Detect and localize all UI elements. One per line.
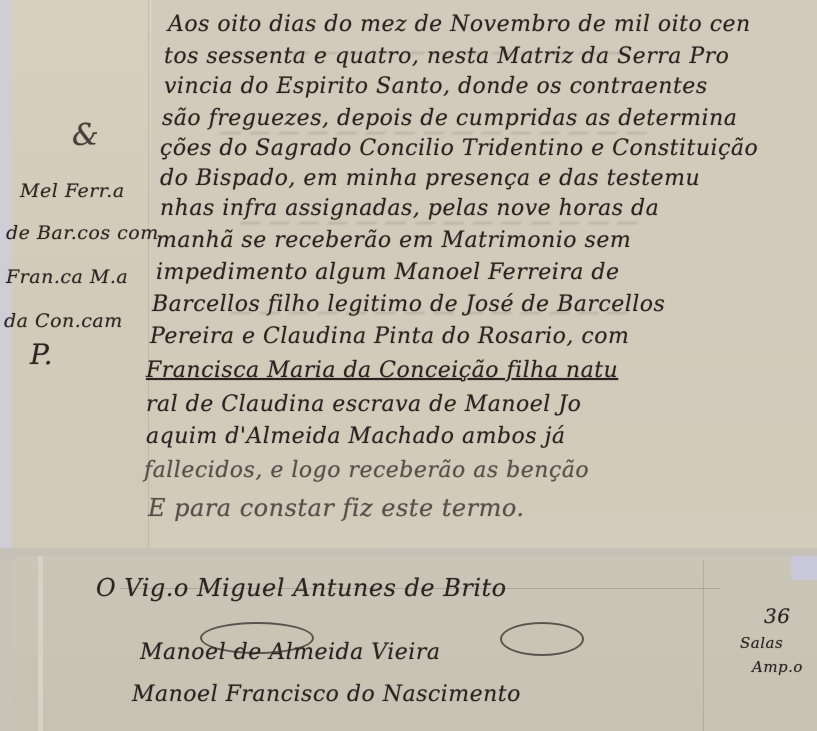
- entry-line: ral de Claudina escrava de Manoel Jo: [146, 392, 581, 417]
- entry-line-bride-name: Francisca Maria da Conceição filha natu: [146, 358, 618, 383]
- entry-line: nhas infra assignadas, pelas nove horas …: [160, 196, 659, 221]
- column-divider: [703, 560, 704, 731]
- signature-witness-2: Manoel Francisco do Nascimento: [132, 682, 521, 707]
- page-edge: [38, 556, 43, 731]
- entry-line: tos sessenta e quatro, nesta Matriz da S…: [164, 44, 729, 69]
- entry-line: fallecidos, e logo receberão as benção: [144, 458, 589, 483]
- entry-line: vincia do Espirito Santo, donde os contr…: [164, 74, 708, 99]
- margin-symbol-ampersand: &: [72, 118, 99, 153]
- entry-line: Pereira e Claudina Pinta do Rosario, com: [150, 324, 629, 349]
- entry-line: manhã se receberão em Matrimonio sem: [156, 228, 631, 253]
- margin-note-line: da Con.cam: [4, 310, 123, 332]
- entry-closing-line: E para constar fiz este termo.: [148, 494, 525, 522]
- folio-note-line: Salas: [740, 634, 783, 652]
- entry-line: Barcellos filho legitimo de José de Barc…: [152, 292, 665, 317]
- margin-note-line: Fran.ca M.a: [6, 266, 128, 288]
- signature-officiant: O Vig.o Miguel Antunes de Brito: [96, 574, 507, 602]
- entry-line: aquim d'Almeida Machado ambos já: [146, 424, 566, 449]
- entry-line: Aos oito dias do mez de Novembro de mil …: [168, 12, 751, 37]
- background-corner: [791, 556, 817, 580]
- signature-witness-1: Manoel de Almeida Vieira: [140, 640, 440, 665]
- folio-note-line: Amp.o: [752, 658, 803, 676]
- margin-symbol-p: P.: [30, 338, 53, 371]
- entry-line: ções do Sagrado Concilio Tridentino e Co…: [160, 136, 758, 161]
- entry-line: impedimento algum Manoel Ferreira de: [156, 260, 620, 285]
- signature-flourish: [500, 622, 584, 656]
- entry-line: são freguezes, depois de cumpridas as de…: [162, 106, 737, 131]
- folio-number: 36: [764, 604, 790, 628]
- entry-line: do Bispado, em minha presença e das test…: [160, 166, 700, 191]
- margin-note-line: de Bar.cos com: [6, 222, 159, 244]
- margin-note-line: Mel Ferr.a: [20, 180, 125, 202]
